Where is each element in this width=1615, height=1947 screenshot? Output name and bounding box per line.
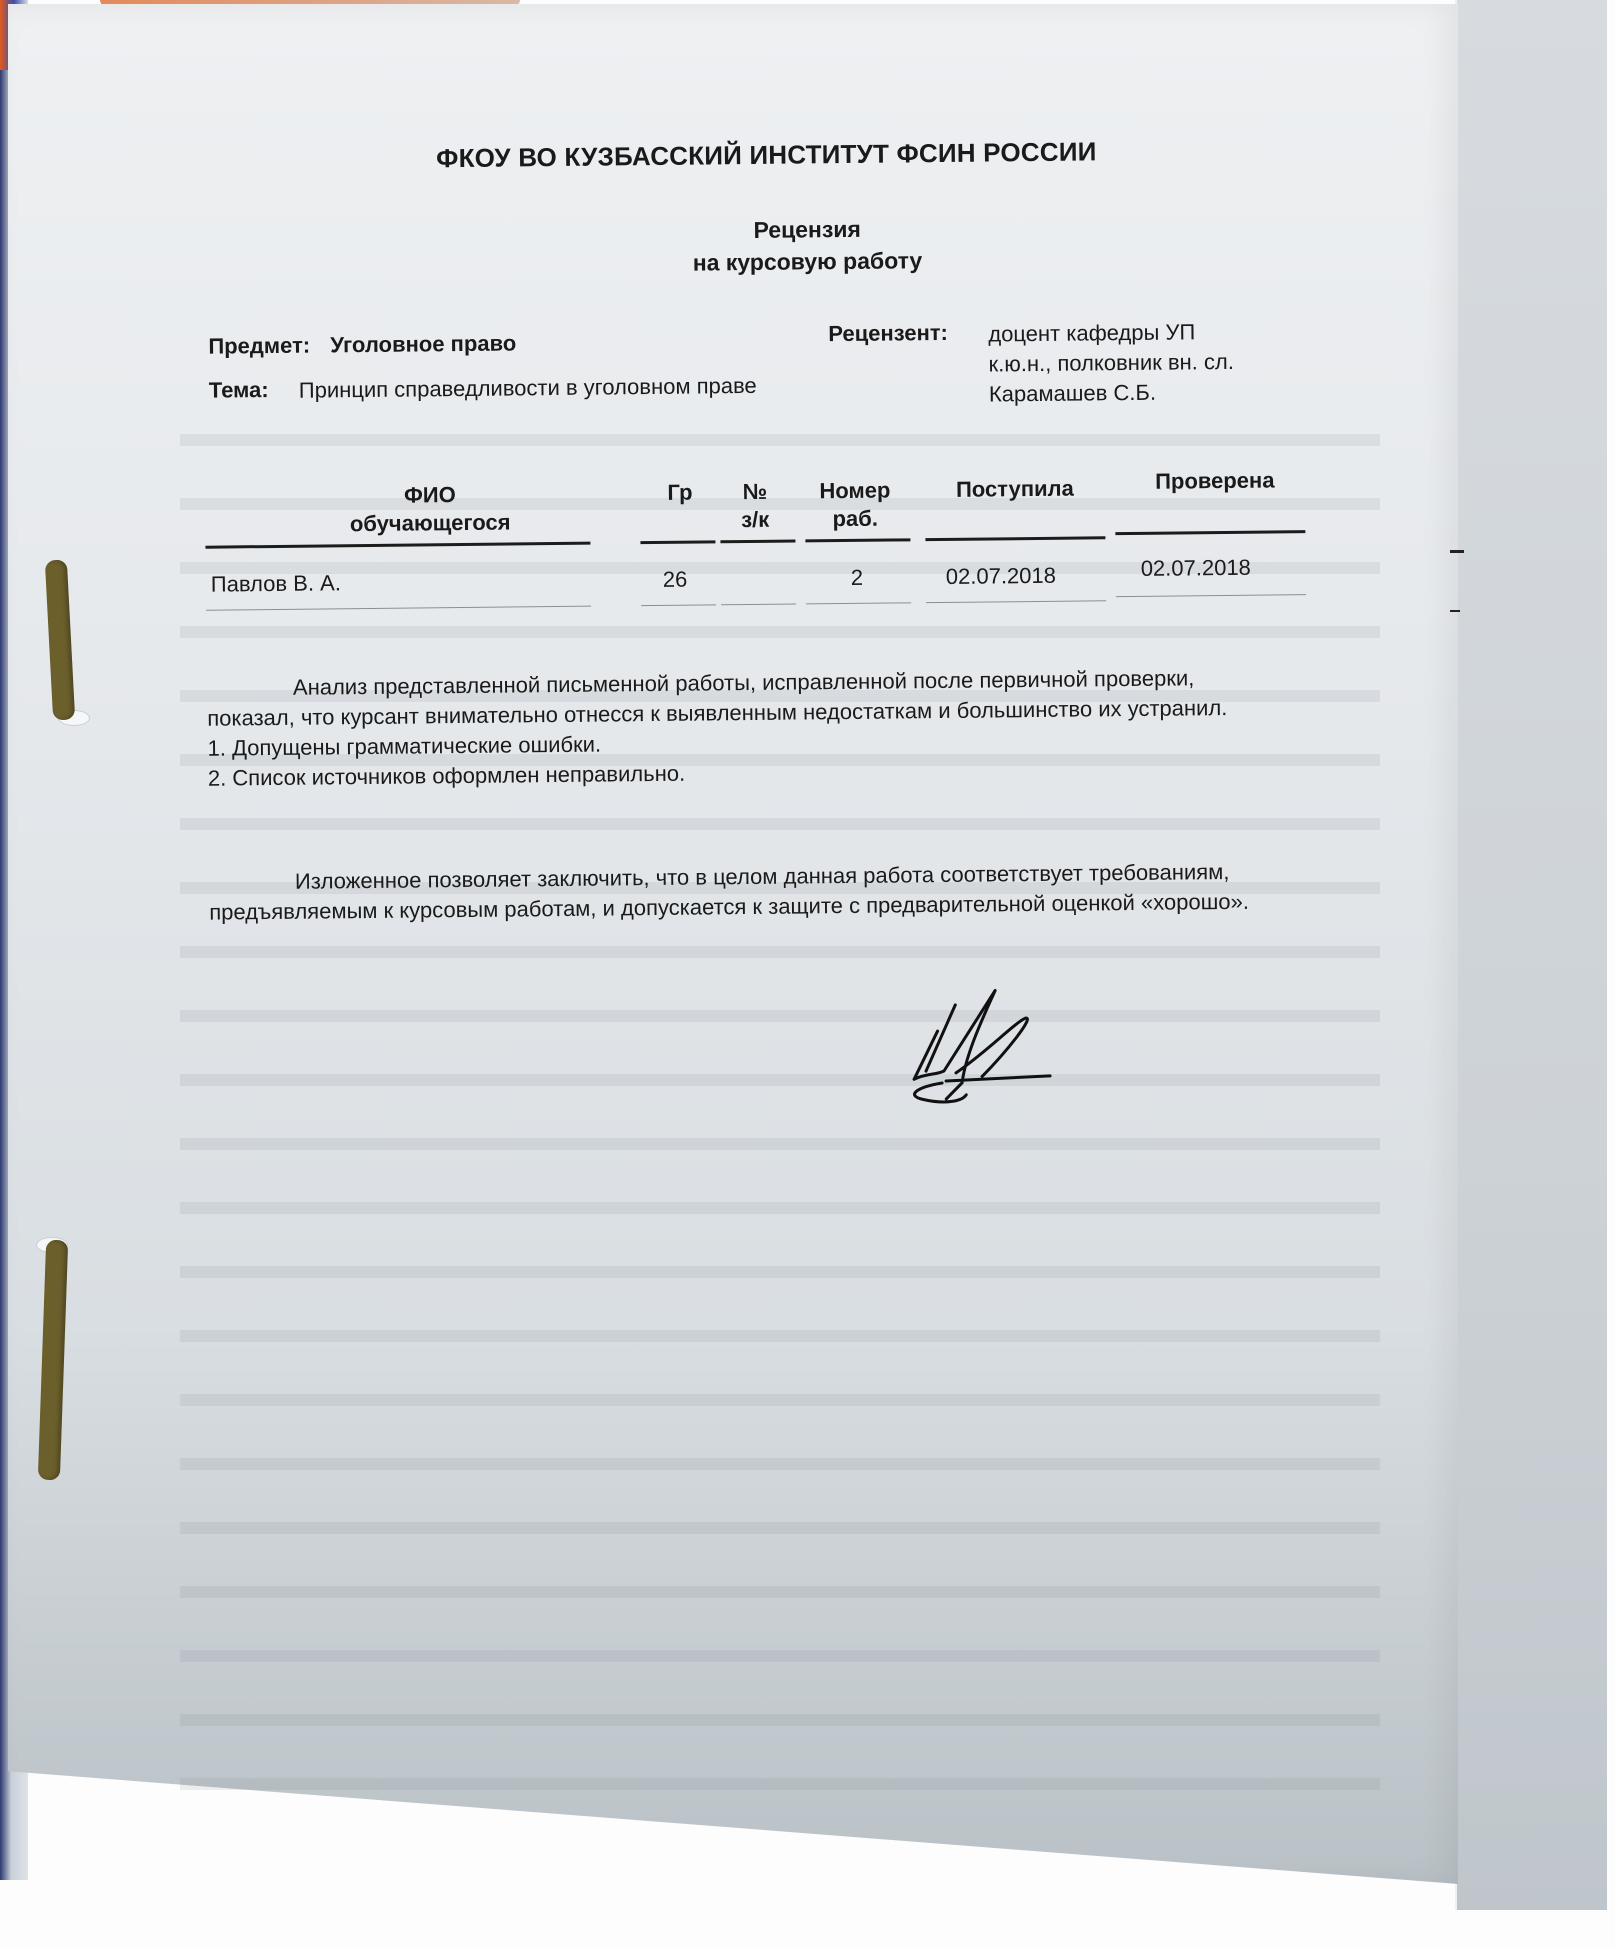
header-rule <box>1115 530 1305 535</box>
institute-name: ФКОУ ВО КУЗБАССКИЙ ИНСТИТУТ ФСИН РОССИИ <box>406 136 1126 175</box>
topic-field: Тема: Принцип справедливости в уголовном… <box>209 372 779 406</box>
header-record-line1: № <box>720 478 790 507</box>
title-line-1: Рецензия <box>557 211 1057 248</box>
header-group: Гр <box>650 478 710 507</box>
header-rule <box>925 536 1105 541</box>
header-rule <box>205 542 590 549</box>
header-student: ФИО обучающегося <box>300 480 561 539</box>
subject-label: Предмет: <box>208 333 310 359</box>
cell-student: Павлов В. А. <box>211 570 341 597</box>
header-record-line2: з/к <box>720 506 790 535</box>
document-title: Рецензия на курсовую работу <box>557 211 1058 280</box>
header-student-line2: обучающегося <box>300 508 560 539</box>
subject-value: Уголовное право <box>330 330 516 357</box>
header-received: Поступила <box>930 474 1100 504</box>
analysis-intro: Анализ представленной письменной работы,… <box>207 663 1268 734</box>
header-checked: Проверена <box>1120 466 1310 496</box>
title-line-2: на курсовую работу <box>557 243 1057 280</box>
header-work-line1: Номер <box>805 476 905 505</box>
header-student-line1: ФИО <box>300 480 560 511</box>
topic-value: Принцип справедливости в уголовном праве <box>299 372 779 405</box>
row-rule <box>806 602 911 604</box>
conclusion-paragraph: Изложенное позволяет заключить, что в це… <box>209 857 1270 928</box>
cell-work-number: 2 <box>851 565 864 591</box>
analysis-section: Анализ представленной письменной работы,… <box>207 663 1268 794</box>
header-record: № з/к <box>720 478 791 535</box>
row-rule <box>1116 594 1306 597</box>
subject-field: Предмет: Уголовное право <box>208 330 530 359</box>
row-rule <box>721 604 796 606</box>
header-rule <box>640 540 715 544</box>
reviewer-position: доцент кафедры УП <box>988 317 1234 350</box>
header-rule <box>720 540 795 544</box>
reviewer-rank: к.ю.н., полковник вн. сл. <box>988 347 1234 380</box>
reviewer-label: Рецензент: <box>828 319 989 411</box>
header-group-text: Гр <box>650 478 710 507</box>
header-work-line2: раб. <box>805 504 905 533</box>
row-rule <box>641 604 716 606</box>
cell-received: 02.07.2018 <box>946 563 1056 590</box>
reviewer-field: Рецензент: доцент кафедры УП к.ю.н., пол… <box>828 317 1234 411</box>
row-rule <box>926 600 1106 603</box>
topic-label: Тема: <box>209 377 299 406</box>
cell-checked: 02.07.2018 <box>1141 555 1251 582</box>
signature-icon <box>885 982 1086 1114</box>
cell-group: 26 <box>663 567 688 593</box>
review-document: ФКОУ ВО КУЗБАССКИЙ ИНСТИТУТ ФСИН РОССИИ … <box>0 0 1615 1947</box>
row-rule <box>206 606 591 611</box>
header-rule <box>805 538 910 542</box>
header-received-text: Поступила <box>930 474 1100 504</box>
header-checked-text: Проверена <box>1120 466 1310 496</box>
reviewer-name: Карамашев С.Б. <box>989 377 1235 410</box>
header-work-number: Номер раб. <box>805 476 906 533</box>
